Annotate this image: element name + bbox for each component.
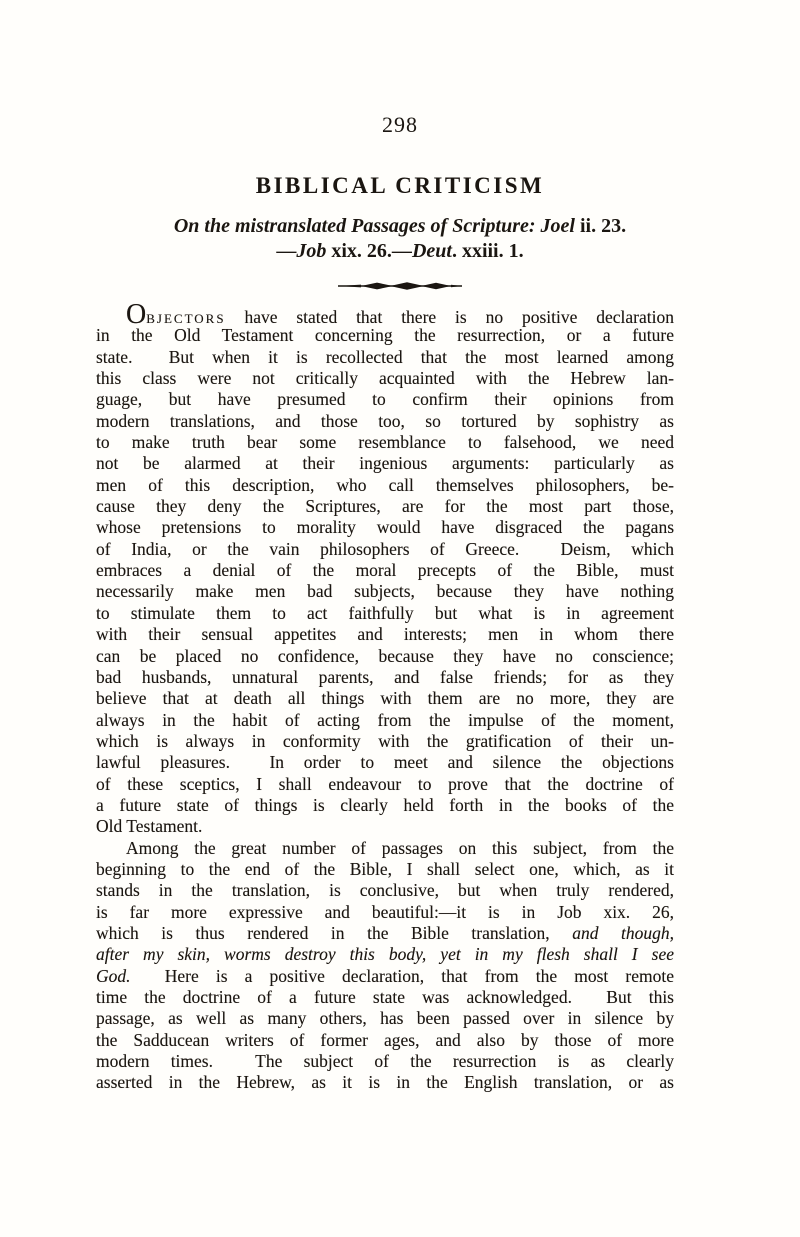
text-segment-plain: of these sceptics, I shall endeavour to …	[96, 774, 674, 794]
text-segment-plain: modern times. The subject of the resurre…	[96, 1051, 674, 1071]
text-segment-plain: of India, or the vain philosophers of Gr…	[96, 539, 674, 559]
article-body: OBJECTORS have stated that there is no p…	[96, 304, 674, 1094]
text-segment-plain: necessarily make men bad subjects, becau…	[96, 581, 674, 601]
text-segment-plain: Old Testament.	[96, 816, 202, 836]
body-text-line: after my skin, worms destroy this body, …	[96, 944, 674, 965]
text-segment-plain: a future state of things is clearly held…	[96, 795, 674, 815]
text-segment-plain: to make truth bear some resemblance to f…	[96, 432, 674, 452]
body-text-line: cause they deny the Scriptures, are for …	[96, 496, 674, 517]
body-text-line: which is always in conformity with the g…	[96, 731, 674, 752]
text-segment-plain: embraces a denial of the moral precepts …	[96, 560, 674, 580]
text-segment-plain: guage, but have presumed to confirm thei…	[96, 389, 674, 409]
text-segment-plain: not be alarmed at their ingenious argume…	[96, 453, 674, 473]
text-segment-plain: this class were not critically acquainte…	[96, 368, 674, 388]
text-segment-plain: have stated that there is no positive de…	[226, 307, 674, 327]
text-segment-plain: lawful pleasures. In order to meet and s…	[96, 752, 674, 772]
body-text-line: which is thus rendered in the Bible tran…	[96, 923, 674, 944]
body-text-line: OBJECTORS have stated that there is no p…	[96, 304, 674, 325]
body-text-line: of India, or the vain philosophers of Gr…	[96, 539, 674, 560]
page-title: BIBLICAL CRITICISM	[60, 173, 740, 199]
subtitle: On the mistranslated Passages of Scriptu…	[40, 214, 760, 264]
body-text-line: Old Testament.	[96, 816, 674, 837]
scanned-book-page: 298 BIBLICAL CRITICISM On the mistransla…	[0, 0, 800, 1237]
text-segment-italic: Job	[296, 240, 326, 262]
text-segment-plain: Here is a positive declaration, that fro…	[131, 966, 674, 986]
text-segment-plain: always in the habit of acting from the i…	[96, 710, 674, 730]
text-segment-plain: in the Old Testament concerning the resu…	[96, 325, 674, 345]
body-text-line: a future state of things is clearly held…	[96, 795, 674, 816]
body-text-line: modern translations, and those too, so t…	[96, 411, 674, 432]
swelled-rule-icon	[337, 280, 463, 292]
text-segment-plain: believe that at death all things with th…	[96, 688, 674, 708]
body-text-line: always in the habit of acting from the i…	[96, 710, 674, 731]
text-segment-plain: modern translations, and those too, so t…	[96, 411, 674, 431]
text-segment-plain: Among the great number of passages on th…	[126, 838, 674, 858]
body-text-line: to stimulate them to act faithfully but …	[96, 603, 674, 624]
text-segment-italic: after my skin, worms destroy this body, …	[96, 944, 674, 964]
body-text-line: in the Old Testament concerning the resu…	[96, 325, 674, 346]
page-number: 298	[100, 112, 700, 138]
body-text-line: asserted in the Hebrew, as it is in the …	[96, 1072, 674, 1093]
text-segment-italic: On the mistranslated Passages of Scriptu…	[174, 215, 580, 237]
text-segment-plain: state. But when it is recollected that t…	[96, 347, 674, 367]
text-segment-plain: bad husbands, unnatural parents, and fal…	[96, 667, 674, 687]
subtitle-line-2: —Job xix. 26.—Deut. xxiii. 1.	[40, 239, 760, 264]
body-text-line: the Sadducean writers of former ages, an…	[96, 1030, 674, 1051]
text-segment-plain: the Sadducean writers of former ages, an…	[96, 1030, 674, 1050]
text-segment-plain: . xxiii. 1.	[452, 240, 524, 262]
body-text-line: believe that at death all things with th…	[96, 688, 674, 709]
text-segment-plain: which is thus rendered in the Bible tran…	[96, 923, 572, 943]
text-segment-plain: time the doctrine of a future state was …	[96, 987, 674, 1007]
body-text-line: stands in the translation, is conclusive…	[96, 880, 674, 901]
body-text-line: to make truth bear some resemblance to f…	[96, 432, 674, 453]
body-text-line: modern times. The subject of the resurre…	[96, 1051, 674, 1072]
text-segment-plain: —	[276, 240, 296, 262]
text-segment-plain: passage, as well as many others, has bee…	[96, 1008, 674, 1028]
text-segment-italic: God.	[96, 966, 131, 986]
ornamental-divider	[100, 279, 700, 297]
body-text-line: time the doctrine of a future state was …	[96, 987, 674, 1008]
text-segment-plain: to stimulate them to act faithfully but …	[96, 603, 674, 623]
body-text-line: can be placed no confidence, because the…	[96, 646, 674, 667]
body-text-line: guage, but have presumed to confirm thei…	[96, 389, 674, 410]
text-segment-plain: ii. 23.	[580, 215, 626, 237]
body-text-line: bad husbands, unnatural parents, and fal…	[96, 667, 674, 688]
body-text-line: God. Here is a positive declaration, tha…	[96, 966, 674, 987]
text-segment-plain: with their sensual appetites and interes…	[96, 624, 674, 644]
text-segment-plain: whose pretensions to morality would have…	[96, 517, 674, 537]
text-segment-italic: and though,	[572, 923, 674, 943]
text-segment-plain: asserted in the Hebrew, as it is in the …	[96, 1072, 674, 1092]
body-text-line: passage, as well as many others, has bee…	[96, 1008, 674, 1029]
text-segment-italic: Deut	[412, 240, 452, 262]
body-text-line: necessarily make men bad subjects, becau…	[96, 581, 674, 602]
subtitle-line-1: On the mistranslated Passages of Scriptu…	[40, 214, 760, 239]
text-segment-plain: beginning to the end of the Bible, I sha…	[96, 859, 674, 879]
text-segment-plain: cause they deny the Scriptures, are for …	[96, 496, 674, 516]
text-segment-plain: xix. 26.—	[326, 240, 412, 262]
body-text-line: men of this description, who call themse…	[96, 475, 674, 496]
body-text-line: embraces a denial of the moral precepts …	[96, 560, 674, 581]
text-segment-smallcaps: BJECTORS	[146, 311, 225, 326]
text-segment-plain: stands in the translation, is conclusive…	[96, 880, 674, 900]
body-text-line: lawful pleasures. In order to meet and s…	[96, 752, 674, 773]
body-text-line: is far more expressive and beautiful:—it…	[96, 902, 674, 923]
text-segment-plain: men of this description, who call themse…	[96, 475, 674, 495]
text-segment-plain: is far more expressive and beautiful:—it…	[96, 902, 674, 922]
body-text-line: Among the great number of passages on th…	[96, 838, 674, 859]
body-text-line: state. But when it is recollected that t…	[96, 347, 674, 368]
body-text-line: with their sensual appetites and interes…	[96, 624, 674, 645]
body-text-line: whose pretensions to morality would have…	[96, 517, 674, 538]
body-text-line: this class were not critically acquainte…	[96, 368, 674, 389]
body-text-line: beginning to the end of the Bible, I sha…	[96, 859, 674, 880]
body-text-line: not be alarmed at their ingenious argume…	[96, 453, 674, 474]
text-segment-plain: can be placed no confidence, because the…	[96, 646, 674, 666]
text-segment-plain: which is always in conformity with the g…	[96, 731, 674, 751]
body-text-line: of these sceptics, I shall endeavour to …	[96, 774, 674, 795]
